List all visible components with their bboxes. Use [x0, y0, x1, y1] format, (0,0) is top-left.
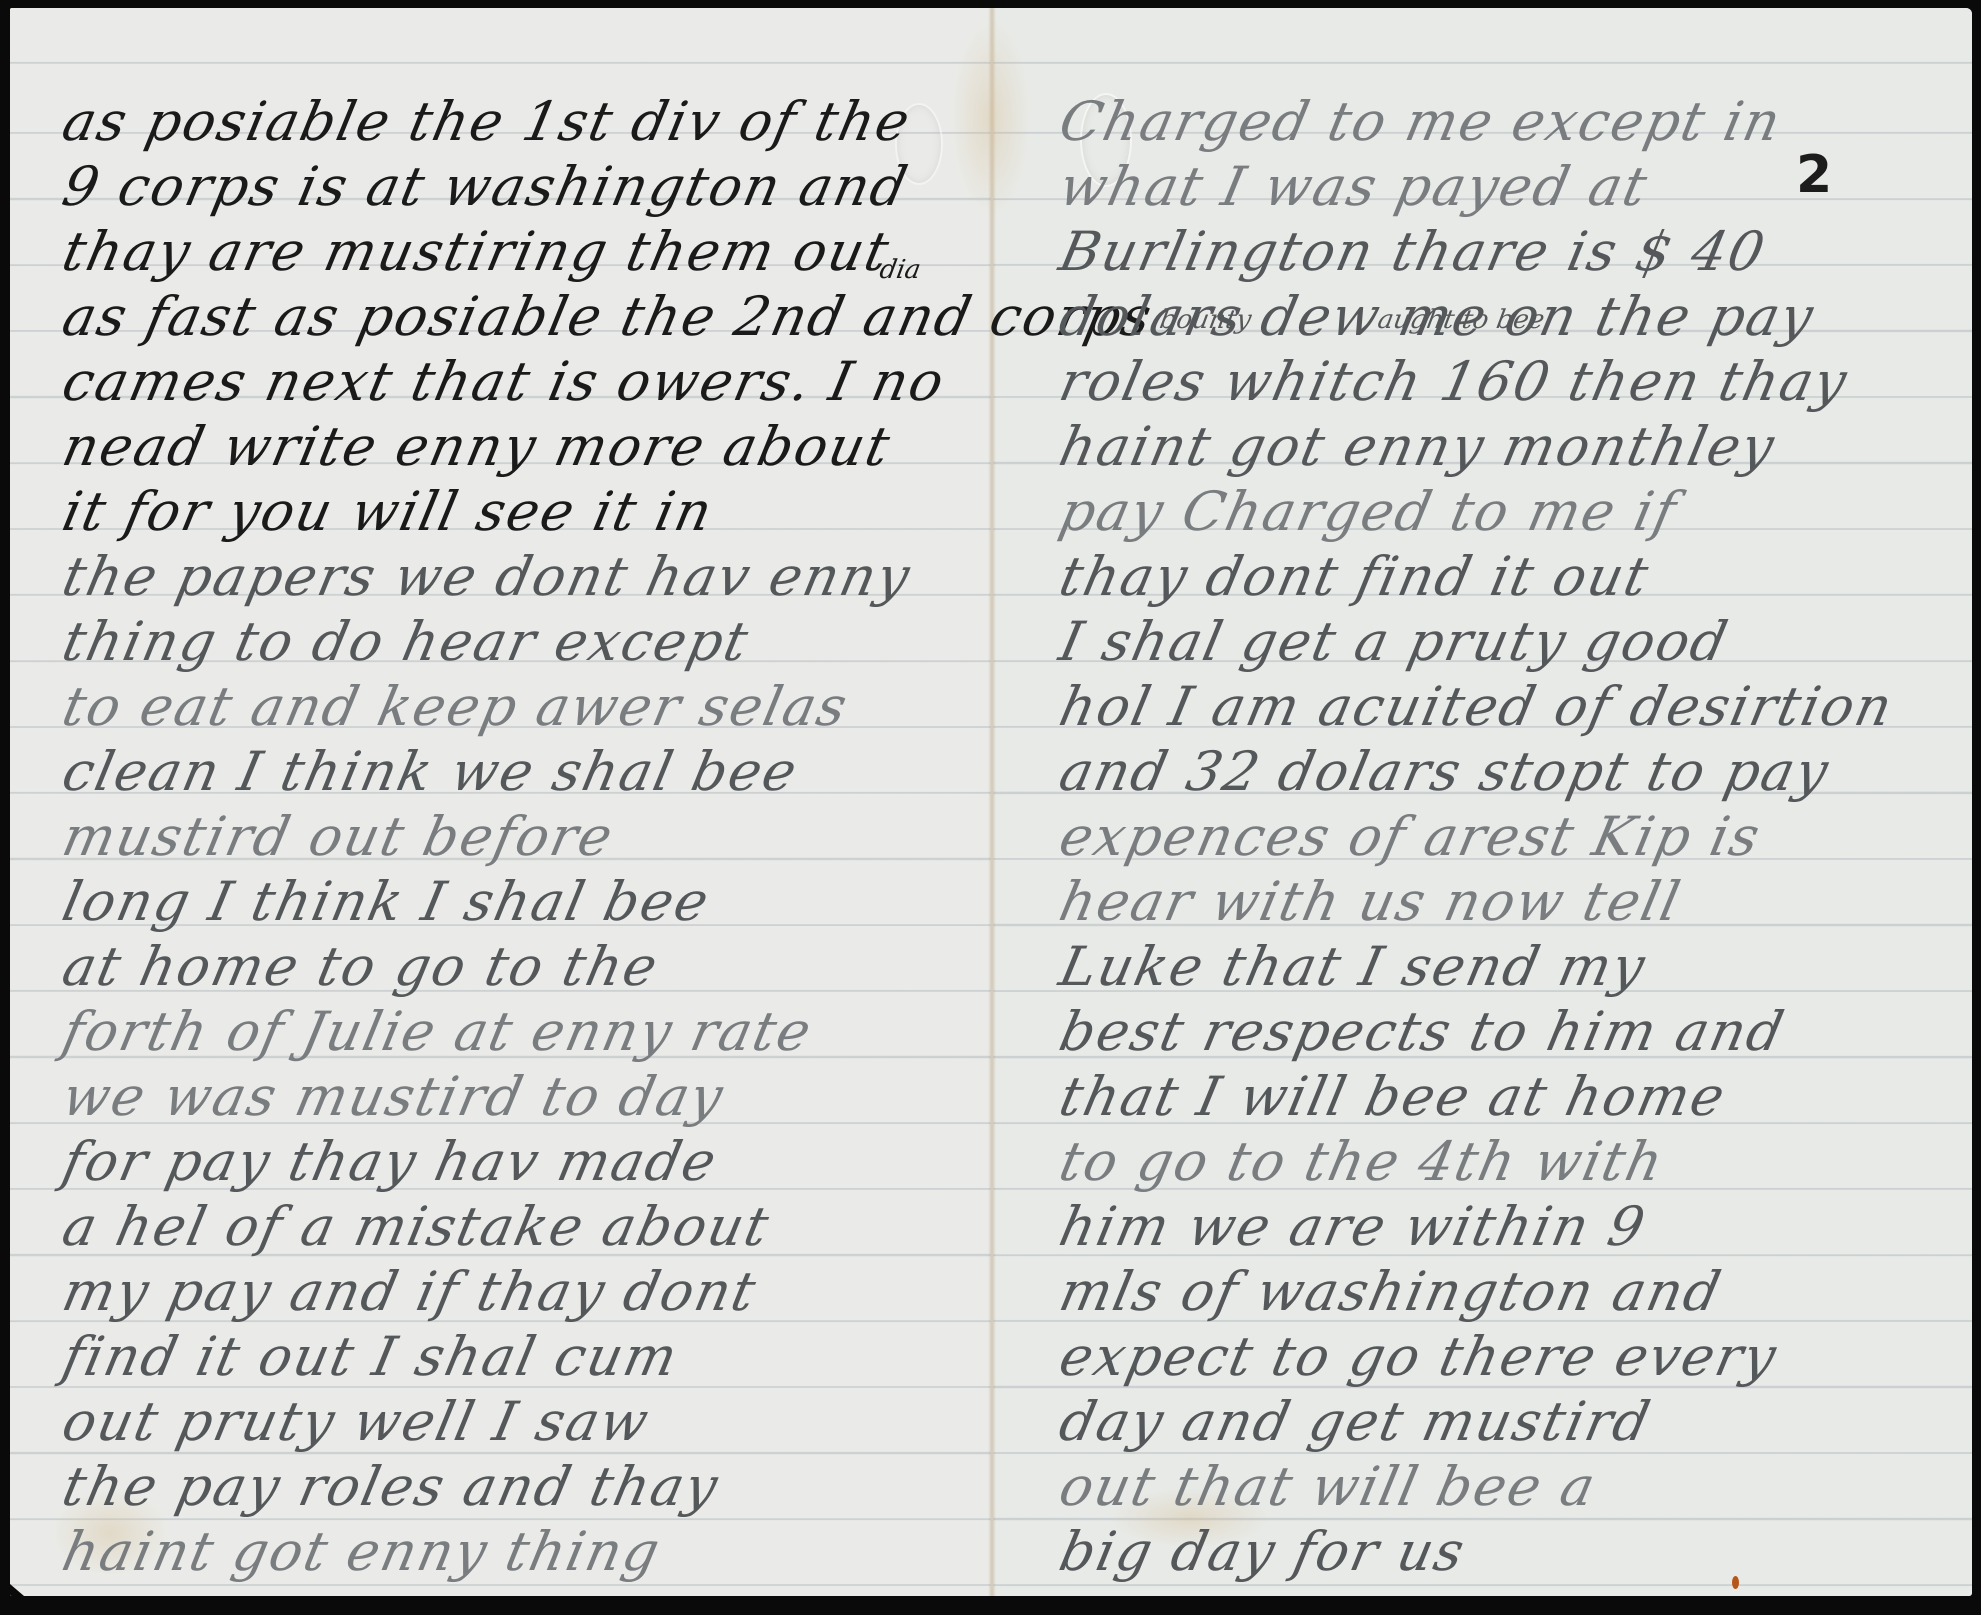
right-line-2: what I was payed at: [1055, 160, 1653, 214]
left-line-13: long I think I shal bee: [58, 875, 715, 929]
left-line-15: forth of Julie at enny rate: [58, 1005, 817, 1059]
left-line-6: nead write enny more about: [58, 420, 896, 474]
left-line-5: cames next that is owers. I no: [58, 355, 950, 409]
left-line-11: clean I think we shal bee: [58, 745, 803, 799]
annotation-dia: dia: [877, 255, 923, 285]
right-line-9: I shal get a pruty good: [1055, 615, 1734, 669]
left-line-18: a hel of a mistake about: [58, 1200, 775, 1254]
right-line-7: pay Charged to me if: [1055, 485, 1682, 539]
right-line-21: day and get mustird: [1055, 1395, 1656, 1449]
right-line-5: roles whitch 160 then thay: [1055, 355, 1853, 409]
right-line-20: expect to go there every: [1055, 1330, 1782, 1384]
left-line-8: the papers we dont hav enny: [58, 550, 916, 604]
left-line-19: my pay and if thay dont: [58, 1265, 762, 1319]
left-line-23: haint got enny thing: [58, 1525, 666, 1579]
left-line-4: as fast as posiable the 2nd and corps: [58, 290, 1158, 344]
right-line-19: mls of washington and: [1055, 1265, 1727, 1319]
left-line-10: to eat and keep awer selas: [58, 680, 853, 734]
left-line-16: we was mustird to day: [58, 1070, 729, 1124]
right-line-13: hear with us now tell: [1055, 875, 1686, 929]
page-number: 2: [1796, 145, 1832, 205]
right-line-12: expences of arest Kip is: [1055, 810, 1766, 864]
right-line-11: and 32 dolars stopt to pay: [1055, 745, 1834, 799]
left-line-14: at home to go to the: [58, 940, 664, 994]
left-line-17: for pay thay hav made: [58, 1135, 722, 1189]
annotation-aught-to-bee: aught to bee: [1375, 305, 1546, 335]
right-line-17: to go to the 4th with: [1055, 1135, 1669, 1189]
rust-spot: [1732, 1576, 1739, 1589]
right-line-10: hol I am acuited of desirtion: [1055, 680, 1898, 734]
left-line-1: as posiable the 1st div of the: [58, 95, 916, 149]
right-line-16: that I will bee at home: [1055, 1070, 1731, 1124]
paper-stain: [950, 18, 1030, 218]
right-line-18: him we are within 9: [1055, 1200, 1651, 1254]
right-line-15: best respects to him and: [1055, 1005, 1790, 1059]
annotation-bounty: bounty: [1157, 305, 1253, 335]
left-line-21: out pruty well I saw: [58, 1395, 655, 1449]
left-line-3: thay are mustiring them out: [58, 225, 895, 279]
center-fold: [988, 8, 996, 1596]
right-line-1: Charged to me except in: [1055, 95, 1787, 149]
right-line-6: haint got enny monthley: [1055, 420, 1780, 474]
left-line-20: find it out I shal cum: [58, 1330, 683, 1384]
left-line-7: it for you will see it in: [58, 485, 718, 539]
right-line-23: big day for us: [1055, 1525, 1470, 1579]
left-line-12: mustird out before: [58, 810, 619, 864]
left-line-22: the pay roles and thay: [58, 1460, 724, 1514]
corner-tear: [10, 1584, 24, 1596]
left-line-2: 9 corps is at washington and: [58, 160, 913, 214]
left-line-9: thing to do hear except: [58, 615, 754, 669]
right-line-8: thay dont find it out: [1055, 550, 1654, 604]
right-line-3: Burlington thare is $ 40: [1055, 225, 1771, 279]
right-line-14: Luke that I send my: [1055, 940, 1651, 994]
right-line-22: out that will bee a: [1055, 1460, 1601, 1514]
